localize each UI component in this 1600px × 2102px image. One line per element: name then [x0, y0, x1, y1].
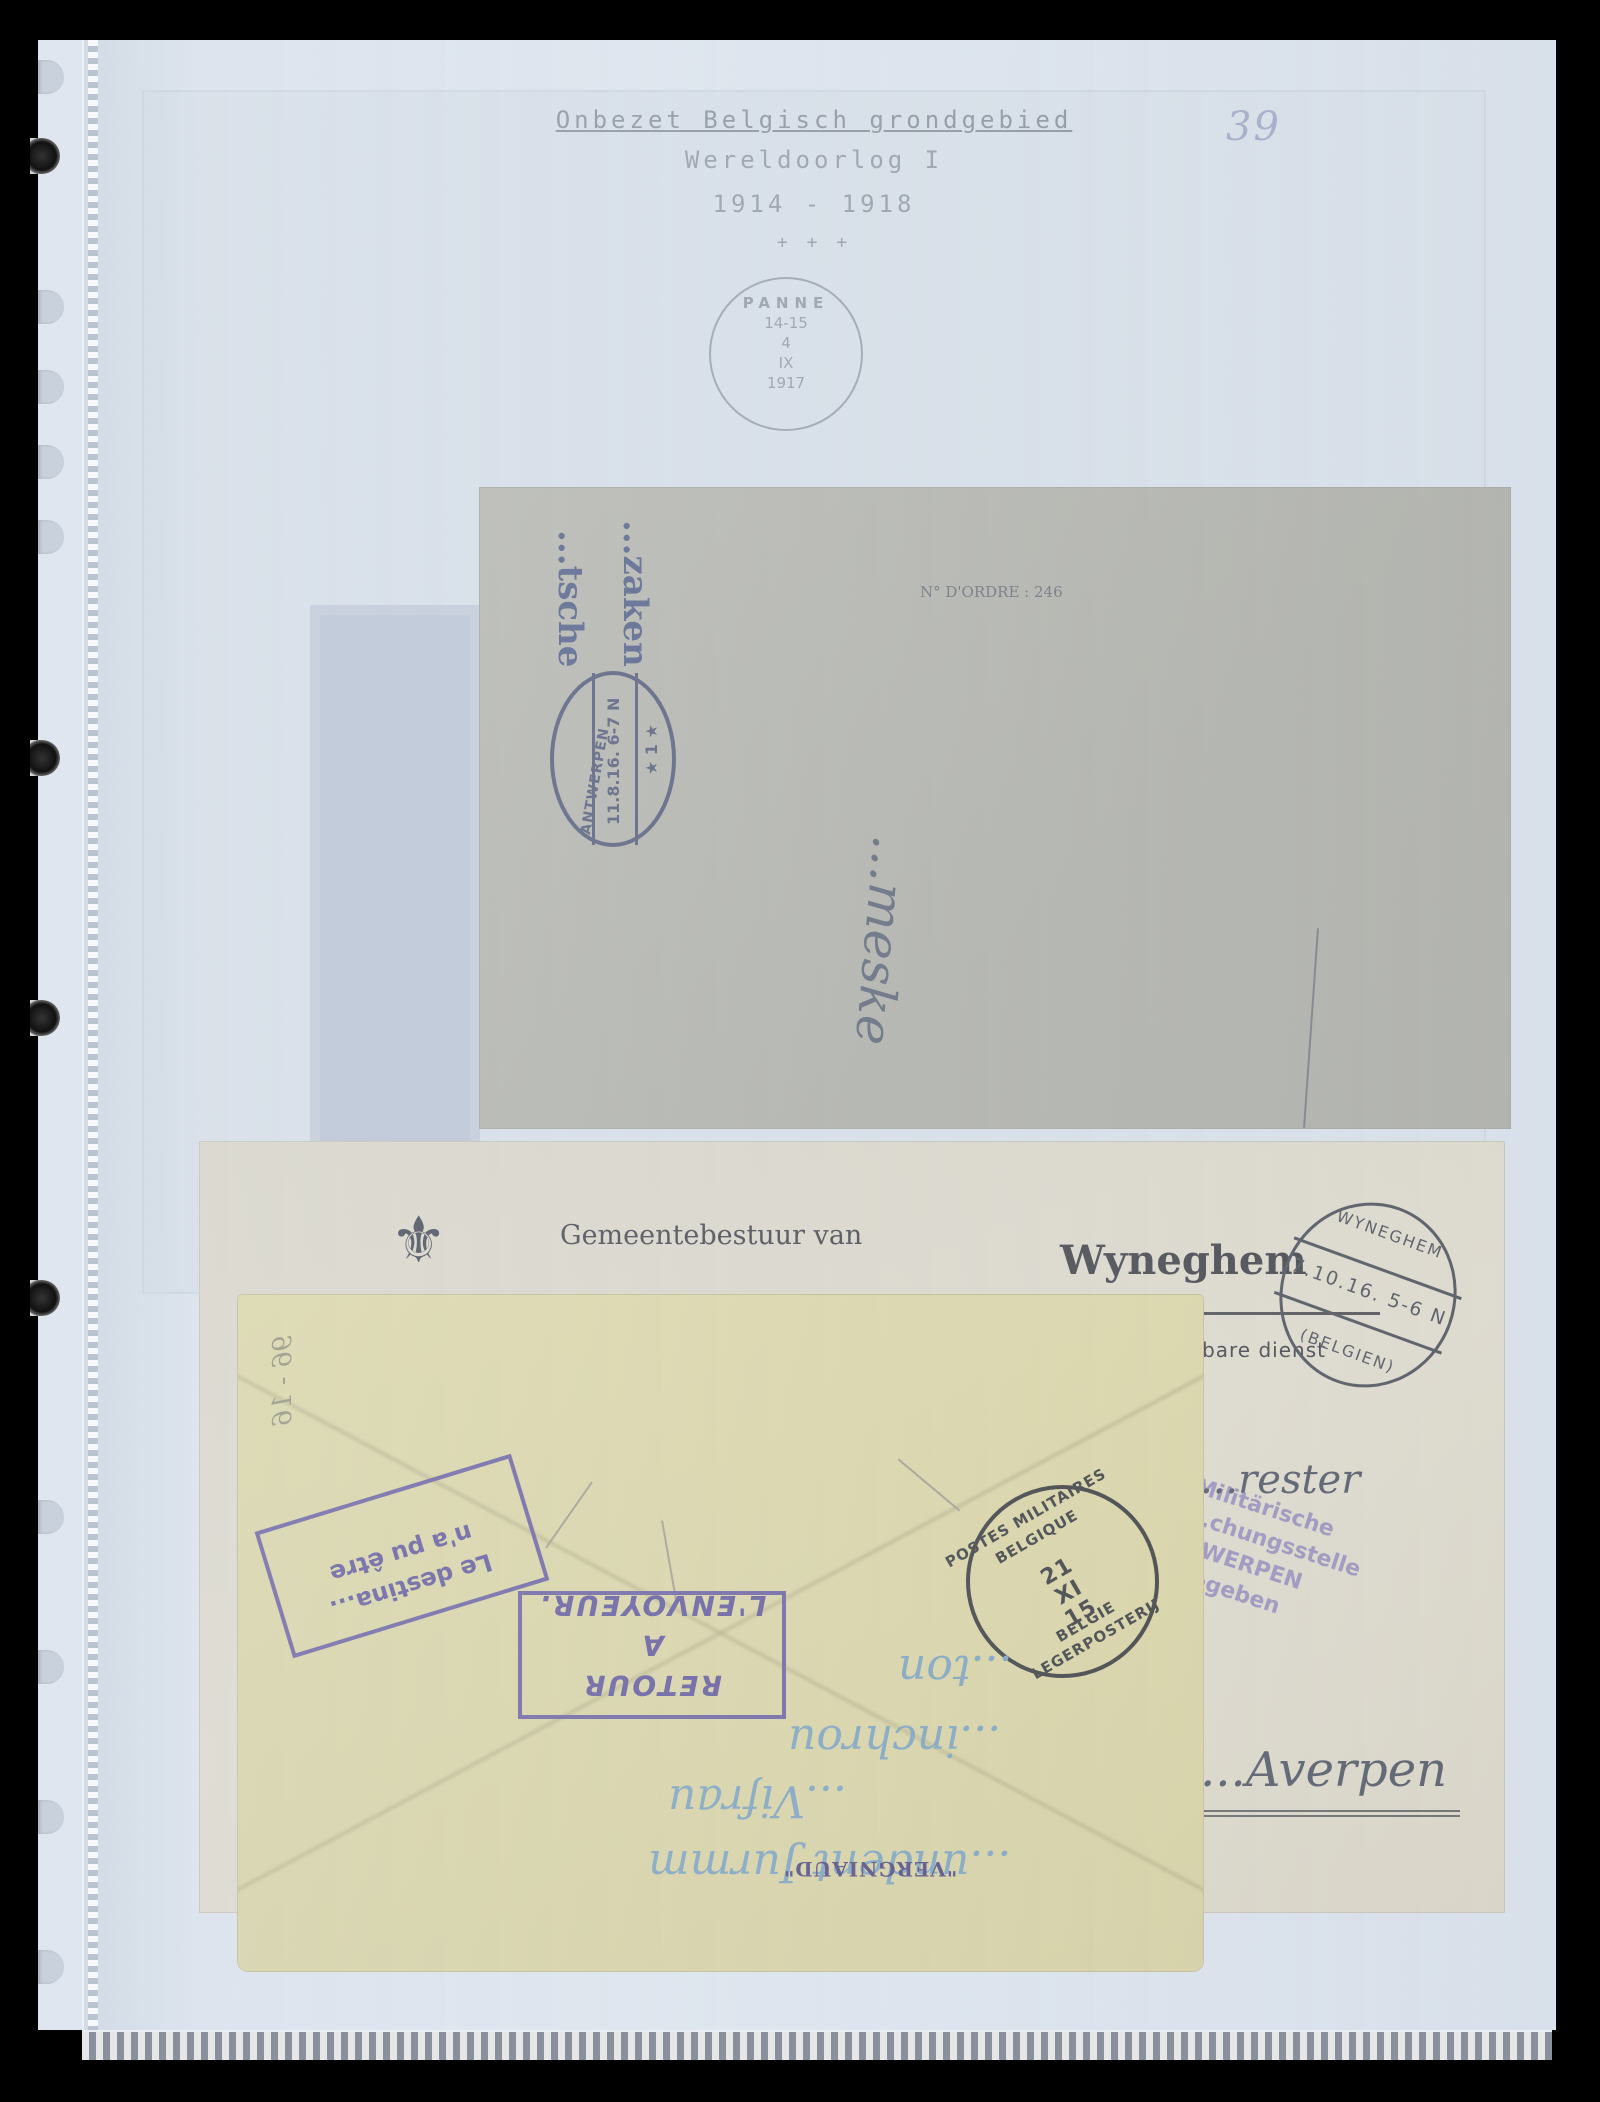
sleeve-bottom-seam	[82, 2030, 1552, 2060]
plastic-sleeve	[82, 40, 1554, 2030]
sleeve-seam	[88, 40, 98, 2030]
